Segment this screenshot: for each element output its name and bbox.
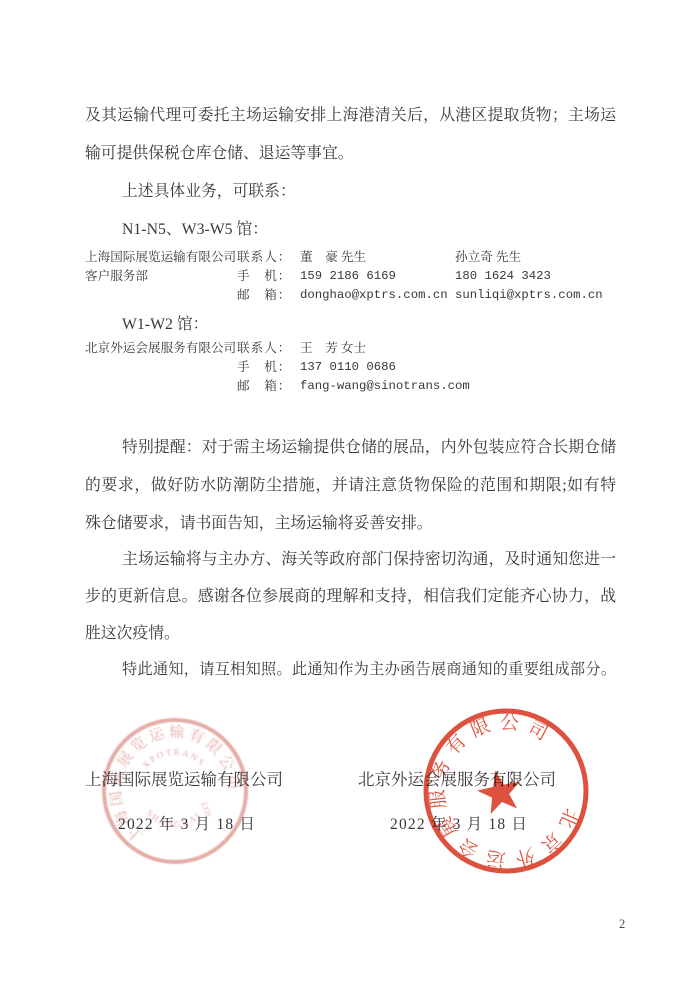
contact-email-2: sunliqi@xptrs.com.cn bbox=[455, 286, 603, 305]
document-page: 及其运输代理可委托主场运输安排上海港清关后，从港区提取货物；主场运 输可提供保税… bbox=[0, 0, 700, 990]
contact-phone-1: 137 0110 0686 bbox=[300, 358, 396, 377]
hall2-heading-block: W1-W2 馆： bbox=[85, 315, 616, 335]
contact-email-1: donghao@xptrs.com.cn bbox=[300, 286, 448, 305]
contact-company-name: 上海国际展览运输有限公司 bbox=[85, 248, 236, 267]
signature-company-name: 上海国际展览运输有限公司 bbox=[85, 769, 283, 791]
reminder-paragraph: 特别提醒：对于需主场运输提供仓储的展品，内外包装应符合长期仓储 的要求，做好防水… bbox=[85, 429, 616, 543]
contact-department: 客户服务部 bbox=[85, 267, 148, 286]
contact-row: 手 机： 137 0110 0686 bbox=[85, 358, 616, 377]
contact-block-beijing: 北京外运会展服务有限公司 联系人： 王 芳 女士 手 机： 137 0110 0… bbox=[85, 339, 616, 396]
contact-row: 北京外运会展服务有限公司 联系人： 王 芳 女士 bbox=[85, 339, 616, 358]
contact-label: 邮 箱： bbox=[237, 377, 291, 396]
contact-row: 上海国际展览运输有限公司 联系人： 董 豪 先生 孙立奇 先生 bbox=[85, 248, 616, 267]
contact-row: 邮 箱： donghao@xptrs.com.cn sunliqi@xptrs.… bbox=[85, 286, 616, 305]
paragraph-line: 胜这次疫情。 bbox=[85, 615, 616, 652]
contact-phone-2: 180 1624 3423 bbox=[455, 267, 551, 286]
contact-person-2: 孙立奇 先生 bbox=[455, 248, 521, 267]
hall2-heading: W1-W2 馆： bbox=[85, 315, 616, 335]
contact-person-1: 董 豪 先生 bbox=[300, 248, 366, 267]
contact-company-name: 北京外运会展服务有限公司 bbox=[85, 339, 236, 358]
contact-label: 联系人： bbox=[237, 248, 291, 267]
contact-row: 客户服务部 手 机： 159 2186 6169 180 1624 3423 bbox=[85, 267, 616, 286]
seal-inner-top-text: XPOTRANS bbox=[140, 747, 207, 771]
contact-email-1: fang-wang@sinotrans.com bbox=[300, 377, 470, 396]
signature-date: 2022 年 3 月 18 日 bbox=[118, 814, 283, 836]
contact-row: 邮 箱： fang-wang@sinotrans.com bbox=[85, 377, 616, 396]
paragraph-line: 的要求，做好防水防潮防尘措施，并请注意货物保险的范围和期限;如有特 bbox=[85, 467, 616, 505]
paragraph-line: 特别提醒：对于需主场运输提供仓储的展品，内外包装应符合长期仓储 bbox=[85, 429, 616, 467]
paragraph-line: 输可提供保税仓库仓储、退运等事宜。 bbox=[85, 135, 616, 173]
contact-label: 邮 箱： bbox=[237, 286, 291, 305]
contact-label: 联系人： bbox=[237, 339, 291, 358]
contact-intro-line: 上述具体业务，可联系： bbox=[85, 173, 616, 211]
contact-person-1: 王 芳 女士 bbox=[300, 339, 366, 358]
paragraph-line: 步的更新信息。感谢各位参展商的理解和支持，相信我们定能齐心协力，战 bbox=[85, 578, 616, 615]
contact-block-shanghai: 上海国际展览运输有限公司 联系人： 董 豪 先生 孙立奇 先生 客户服务部 手 … bbox=[85, 248, 616, 305]
contact-phone-1: 159 2186 6169 bbox=[300, 267, 396, 286]
contact-label: 手 机： bbox=[237, 358, 291, 377]
signature-right: 北京外运会展服务有限公司 2022 年 3 月 18 日 bbox=[358, 769, 556, 836]
signature-date: 2022 年 3 月 18 日 bbox=[390, 814, 556, 836]
hall1-heading: N1-N5、W3-W5 馆： bbox=[85, 211, 616, 249]
paragraph-line: 及其运输代理可委托主场运输安排上海港清关后，从港区提取货物；主场运 bbox=[85, 97, 616, 135]
paragraph-line: 殊仓储要求，请书面告知，主场运输将妥善安排。 bbox=[85, 505, 616, 543]
update-paragraph: 主场运输将与主办方、海关等政府部门保持密切沟通，及时通知您进一 步的更新信息。感… bbox=[85, 541, 616, 652]
signature-company-name: 北京外运会展服务有限公司 bbox=[358, 769, 556, 791]
contact-label: 手 机： bbox=[237, 267, 291, 286]
closing-line: 特此通知，请互相知照。此通知作为主办函告展商通知的重要组成部分。 bbox=[85, 651, 616, 688]
body-text-block: 及其运输代理可委托主场运输安排上海港清关后，从港区提取货物；主场运 输可提供保税… bbox=[85, 97, 616, 249]
paragraph-line: 主场运输将与主办方、海关等政府部门保持密切沟通，及时通知您进一 bbox=[85, 541, 616, 578]
page-number: 2 bbox=[619, 917, 625, 932]
signature-left: 上海国际展览运输有限公司 2022 年 3 月 18 日 bbox=[85, 769, 283, 836]
closing-block: 特此通知，请互相知照。此通知作为主办函告展商通知的重要组成部分。 bbox=[85, 651, 616, 688]
